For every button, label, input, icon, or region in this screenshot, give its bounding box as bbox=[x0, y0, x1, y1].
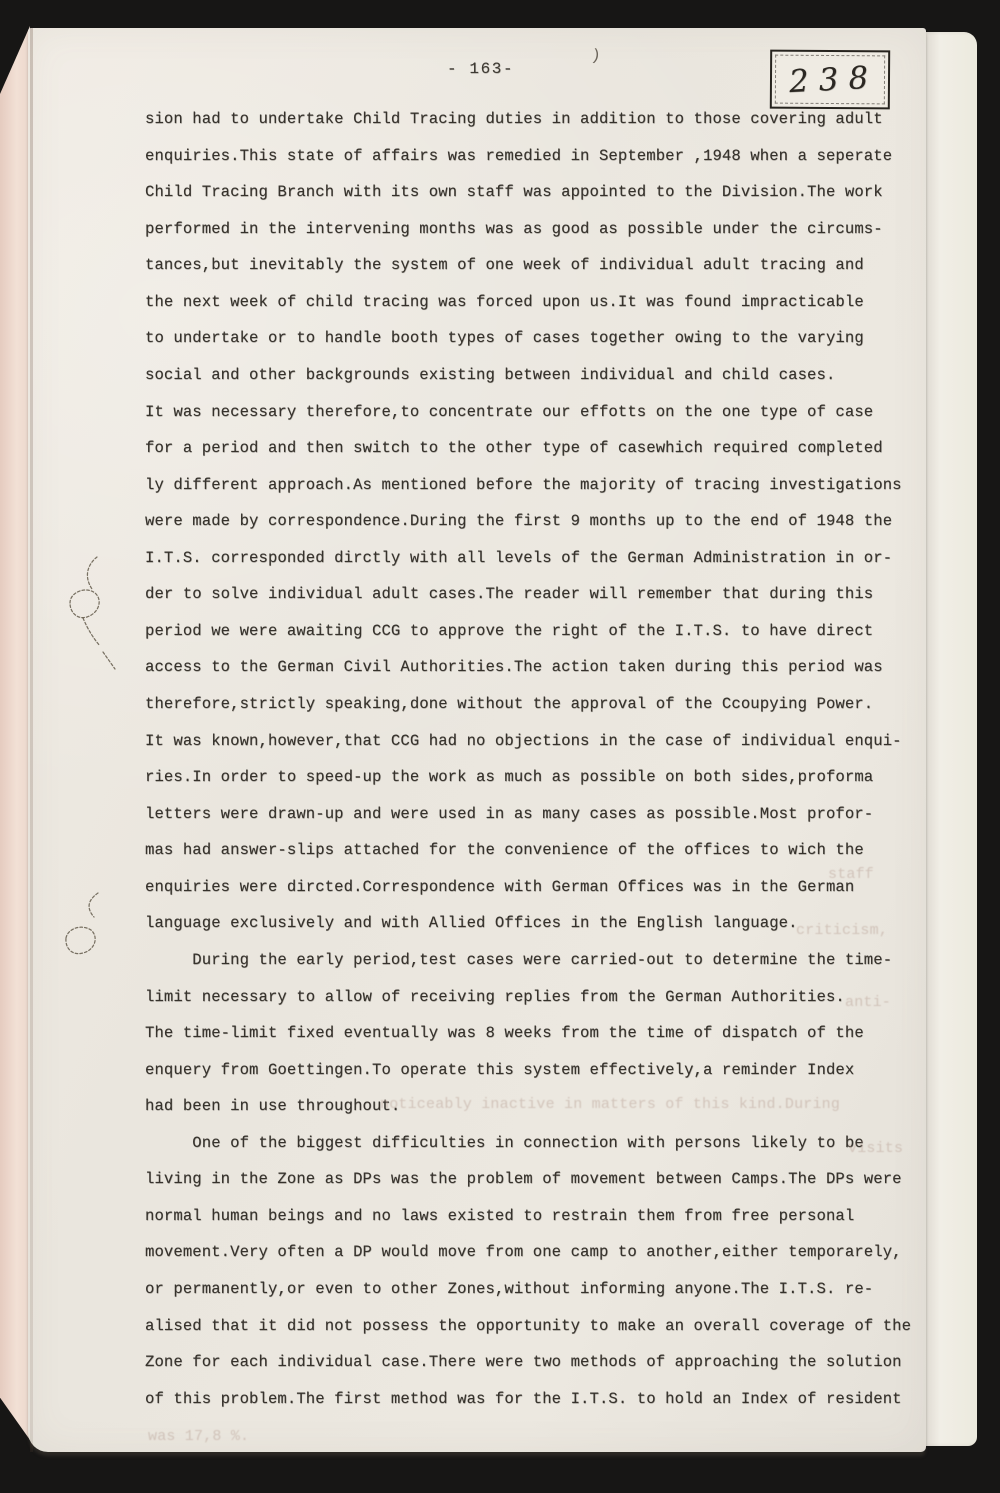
bleedthrough-fragment: was 17,8 %. bbox=[148, 1428, 249, 1445]
bleedthrough-fragment: anti- bbox=[845, 994, 891, 1011]
bleedthrough-fragment: noticeably inactive in matters of this k… bbox=[380, 1096, 840, 1113]
bleedthrough-fragment: staff bbox=[828, 866, 874, 883]
bleedthrough-fragment: criticism, bbox=[796, 922, 888, 939]
scanned-document: - 163- ) 238 sion had to undertake Child… bbox=[0, 0, 1000, 1493]
bleedthrough-fragment: visits bbox=[848, 1140, 903, 1157]
bleedthrough-layer: staffcriticism,anti-noticeably inactive … bbox=[0, 0, 1000, 1493]
